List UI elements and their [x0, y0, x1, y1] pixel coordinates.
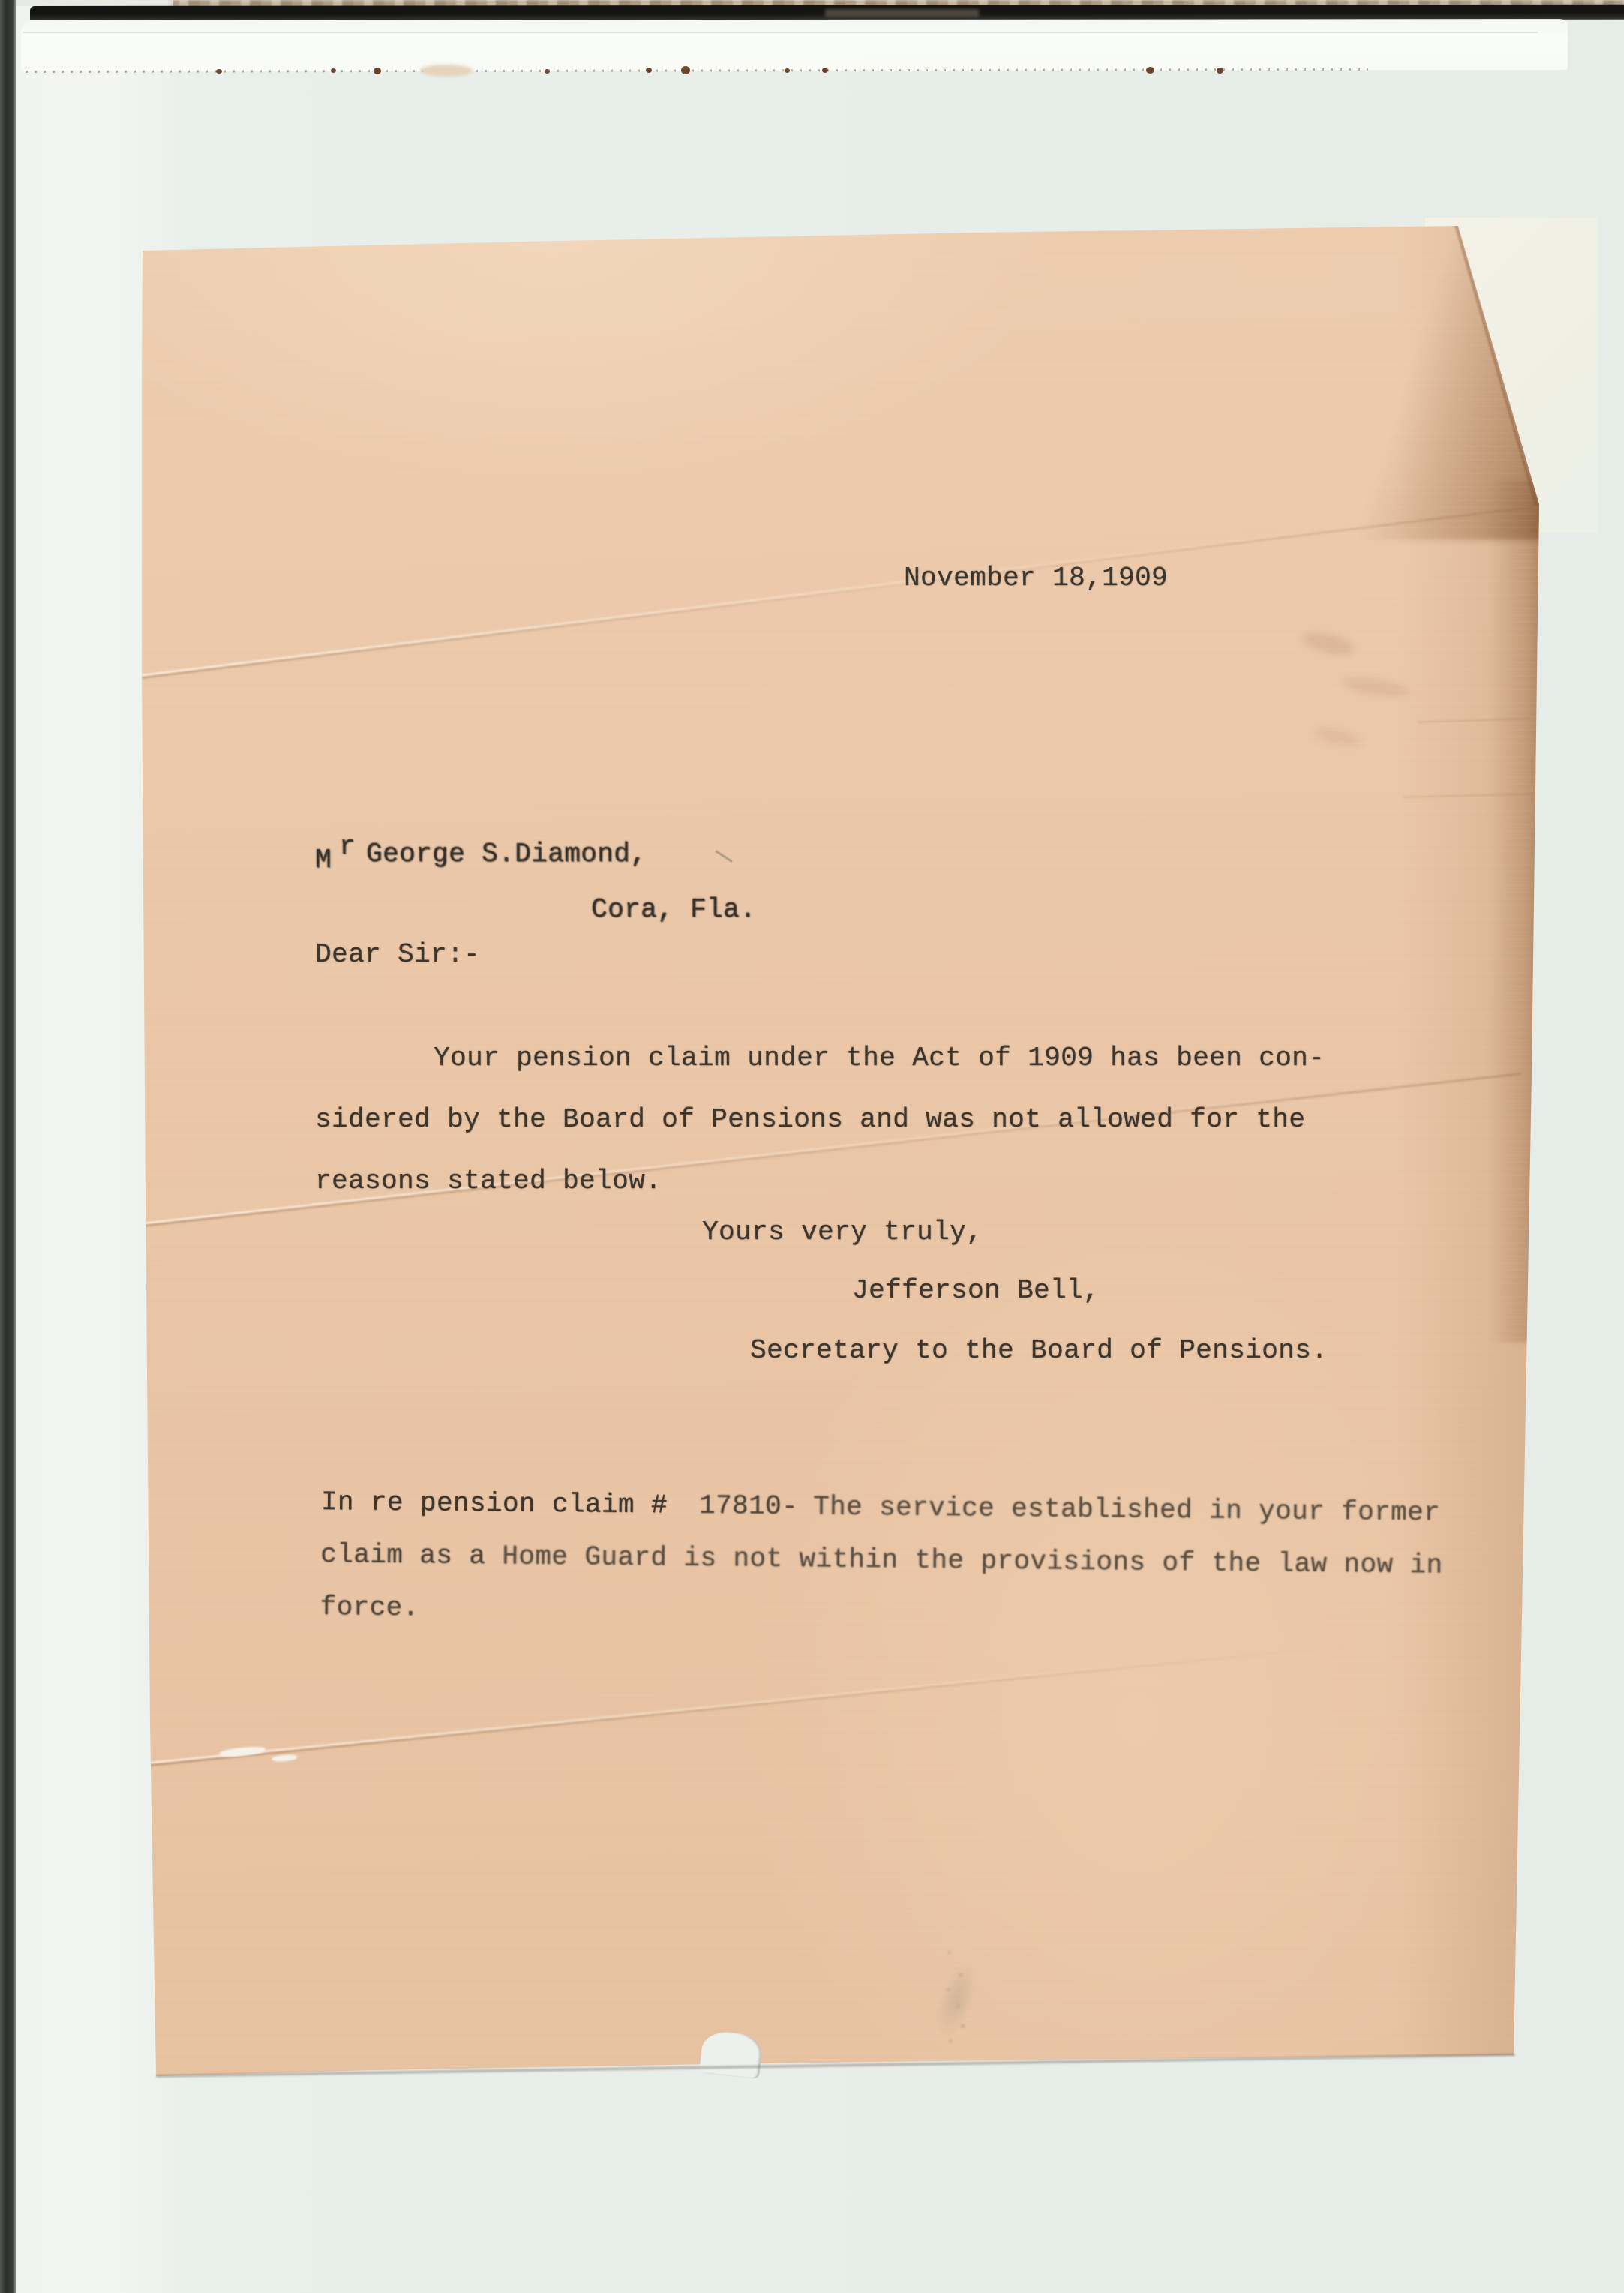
claim-number: 17810- — [699, 1490, 798, 1522]
letter-paper: November 18,1909 MrGeorge S.Diamond, Cor… — [0, 0, 1624, 2293]
body-line-2: sidered by the Board of Pensions and was… — [315, 1104, 1305, 1135]
paper-crease-top — [142, 505, 1541, 679]
closing-signature: Jefferson Bell, — [852, 1275, 1100, 1306]
letter-date: November 18,1909 — [904, 563, 1168, 593]
paper-crease-middle — [142, 1073, 1521, 1227]
notice-line-2: claim as a Home Guard is not within the … — [320, 1539, 1443, 1580]
body-line-1: Your pension claim under the Act of 1909… — [434, 1043, 1325, 1073]
speck — [646, 68, 652, 73]
ink-ghost-smudge — [1313, 725, 1362, 749]
scanner-white-strip-line — [23, 32, 1538, 33]
speck — [822, 68, 828, 73]
speckle-smudge — [420, 65, 473, 77]
notice-line-1: In re pension claim #17810-The service e… — [321, 1487, 1441, 1528]
speck — [216, 69, 222, 74]
speck — [331, 68, 336, 73]
addressee-r: r — [339, 831, 356, 862]
notice-lead: In re pension claim # — [321, 1487, 668, 1520]
crease-tear-fleck — [219, 1745, 266, 1758]
speck — [1217, 68, 1223, 74]
speck — [785, 68, 790, 73]
speck — [545, 69, 550, 74]
closing-title: Secretary to the Board of Pensions. — [750, 1335, 1328, 1366]
ink-ghost-smudge — [1300, 628, 1357, 660]
scanner-edge-band-gap — [825, 9, 979, 17]
paper-crease-lower — [150, 1643, 1359, 1766]
speck — [374, 68, 381, 74]
scanner-white-strip — [21, 19, 1568, 71]
scan-top-fringe-left — [0, 0, 173, 6]
stray-ink-mark — [715, 850, 732, 863]
scanner-left-edge — [0, 0, 16, 2293]
notice-line1-rest: The service established in your former — [813, 1491, 1440, 1528]
body-line-3: reasons stated below. — [315, 1166, 662, 1196]
salutation: Dear Sir:- — [315, 939, 480, 970]
addressee-city: Cora, Fla. — [591, 894, 756, 925]
closing-line-1: Yours very truly, — [702, 1217, 983, 1247]
addressee-name: George S.Diamond, — [366, 839, 647, 869]
speck — [1146, 67, 1154, 74]
notice-line2-lead: claim as a — [320, 1539, 502, 1571]
notice-line2-rest: Home Guard is not within the provisions … — [502, 1541, 1443, 1580]
paper-ripple — [1418, 718, 1530, 723]
paper-ripple — [1403, 794, 1530, 798]
crease-tear-fleck — [272, 1754, 298, 1763]
speck — [681, 66, 690, 74]
scanned-letter-page: November 18,1909 MrGeorge S.Diamond, Cor… — [0, 0, 1624, 2293]
ink-ghost-smudge — [1342, 674, 1411, 701]
right-edge-wear — [1489, 480, 1541, 1343]
pencil-smudge — [905, 1931, 1010, 2067]
addressee-m: M — [315, 845, 332, 875]
notice-line-3: force. — [320, 1592, 419, 1623]
addressee-name-line: MrGeorge S.Diamond, — [315, 839, 647, 869]
